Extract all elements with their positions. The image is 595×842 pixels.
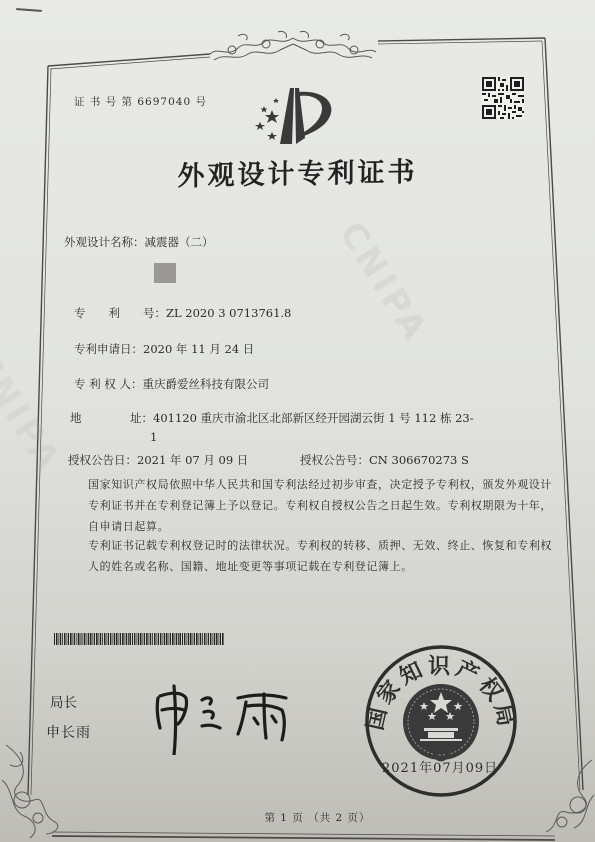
patent-number-value: ZL 2020 3 0713761.8 bbox=[166, 306, 291, 320]
seal-date: 2021年07月09日 bbox=[382, 757, 498, 776]
body-paragraph-2-text: 专利证书记载专利权登记时的法律状况。专利权的转移、质押、无效、终止、恢复和专利权… bbox=[66, 535, 552, 577]
barcode bbox=[54, 633, 224, 645]
field-filing-date: 专利申请日：2020 年 11 月 24 日 bbox=[74, 341, 254, 357]
patentee-label: 专 利 权 人： bbox=[74, 376, 142, 392]
field-patentee: 专 利 权 人：重庆爵爱丝科技有限公司 bbox=[74, 376, 269, 392]
director-name: 申长雨 bbox=[46, 722, 91, 742]
body-paragraph-2: 专利证书记载专利权登记时的法律状况。专利权的转移、质押、无效、终止、恢复和专利权… bbox=[66, 535, 552, 577]
certificate-title: 外观设计专利证书 bbox=[0, 147, 595, 196]
grant-number-label: 授权公告号： bbox=[300, 452, 369, 468]
grant-date-value: 2021 年 07 月 09 日 bbox=[137, 453, 248, 467]
certificate-number-label: 证 书 号 第 bbox=[74, 96, 133, 108]
field-address: 地址：401120 重庆市渝北区北部新区经开园湖云街 1 号 112 栋 23- bbox=[70, 410, 474, 426]
field-grant-date: 授权公告日：2021 年 07 月 09 日 bbox=[68, 452, 248, 468]
cnipa-watermark: CNIPA bbox=[331, 215, 436, 350]
field-design-name: 外观设计名称：减震器（二） bbox=[64, 234, 214, 250]
page-number: 第 1 页 （共 2 页） bbox=[0, 810, 595, 825]
filing-date-label: 专利申请日： bbox=[74, 341, 143, 357]
director-title: 局长 bbox=[50, 691, 77, 711]
design-name-label: 外观设计名称： bbox=[64, 234, 145, 250]
field-grant-number: 授权公告号：CN 306670273 S bbox=[300, 452, 469, 468]
address-value-line2: 1 bbox=[150, 430, 157, 444]
patent-number-label: 专 利 号： bbox=[74, 305, 166, 321]
address-label-1: 地 bbox=[70, 410, 130, 426]
filing-date-value: 2020 年 11 月 24 日 bbox=[143, 342, 254, 356]
certificate-number-value: 6697040 bbox=[137, 96, 191, 108]
qr-code[interactable] bbox=[482, 77, 524, 119]
cnipa-watermark-left: CNIPA bbox=[0, 345, 69, 480]
official-seal: 国家知识产权局 bbox=[362, 642, 520, 800]
cnipa-logo-icon bbox=[252, 80, 342, 146]
field-address-line2: 1 bbox=[150, 430, 157, 444]
address-value-line1: 401120 重庆市渝北区北部新区经开园湖云街 1 号 112 栋 23- bbox=[153, 411, 474, 425]
certificate-number: 证 书 号 第 6697040 号 bbox=[74, 94, 207, 109]
address-label-2: 址： bbox=[130, 410, 153, 426]
grant-number-value: CN 306670273 S bbox=[369, 453, 469, 467]
top-ornament bbox=[208, 28, 378, 64]
redacted-block bbox=[154, 263, 176, 283]
patentee-value: 重庆爵爱丝科技有限公司 bbox=[142, 377, 269, 391]
page-scuff-mark bbox=[16, 8, 42, 12]
body-paragraph-1-text: 国家知识产权局依照中华人民共和国专利法经过初步审查，决定授予专利权，颁发外观设计… bbox=[66, 474, 552, 537]
field-patent-number: 专 利 号：ZL 2020 3 0713761.8 bbox=[74, 305, 291, 321]
certificate-number-suffix: 号 bbox=[195, 96, 207, 108]
body-paragraph-1: 国家知识产权局依照中华人民共和国专利法经过初步审查，决定授予专利权，颁发外观设计… bbox=[66, 474, 552, 537]
design-name-value: 减震器（二） bbox=[145, 235, 214, 249]
grant-date-label: 授权公告日： bbox=[68, 452, 137, 468]
handwritten-signature bbox=[150, 680, 310, 755]
